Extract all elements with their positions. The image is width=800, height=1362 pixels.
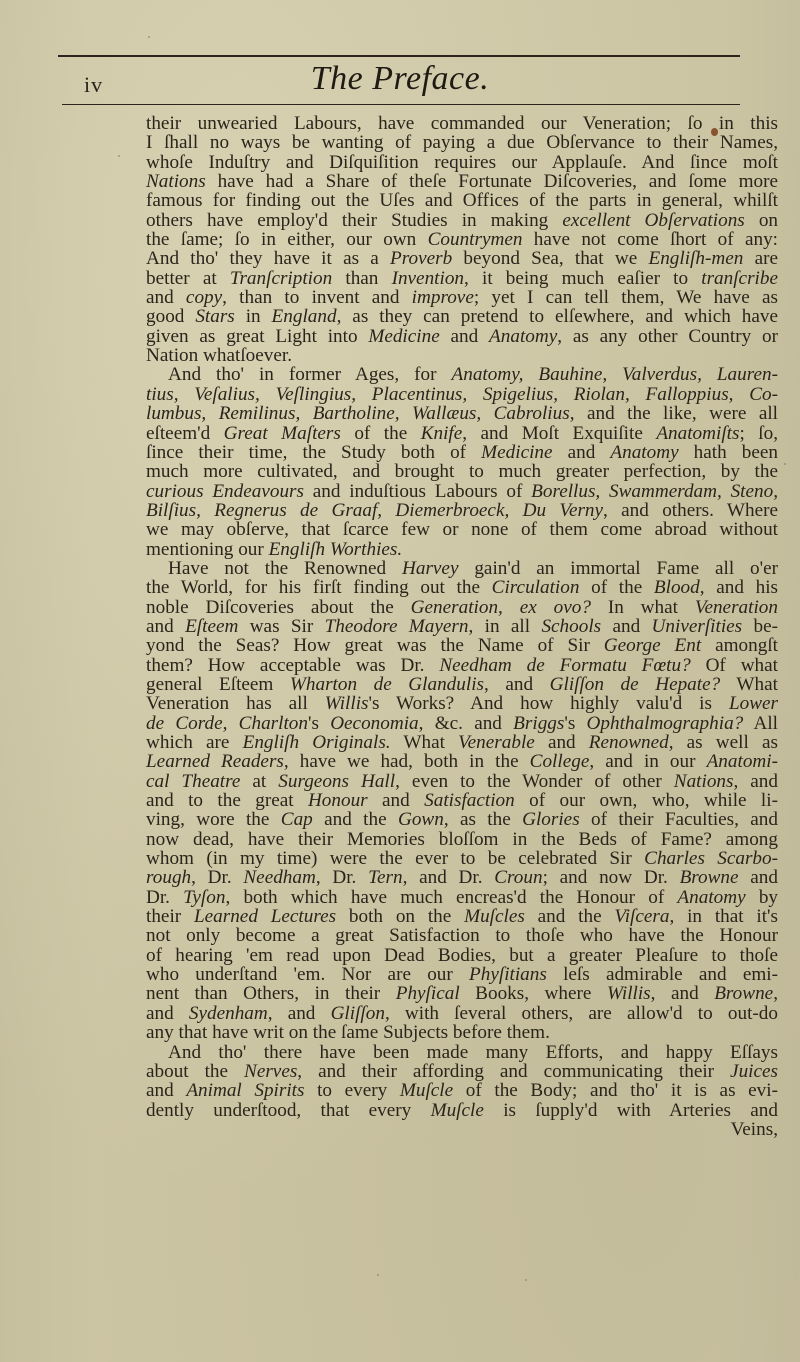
italic-segment: Tyſon [183,887,225,908]
text-line: Veneration has all Willis's Works? And h… [146,694,778,713]
text-line: And tho' there have been made many Effor… [146,1043,778,1062]
text-segment: by [746,887,778,908]
italic-segment: Stars [195,306,234,327]
text-segment: yond the Seas? How great was the Name of… [146,635,604,656]
text-line: of hearing 'em read upon Dead Bodies, bu… [146,946,778,965]
italic-segment: Anatomy, Bauhine, Valverdus, Lauren- [452,364,778,385]
italic-segment: Univerſities [652,616,743,637]
text-segment: of the [341,423,421,444]
italic-segment: Glories [522,809,580,830]
text-segment: , as the [444,809,522,830]
header-bottom-rule [62,104,740,105]
text-line: whoſe Induſtry and Diſquiſition requires… [146,153,778,172]
italic-segment: Engliſh-men [648,248,743,269]
italic-segment: Honour [308,790,368,811]
text-segment: , in that it's [669,906,778,927]
italic-segment: cal Theatre [146,771,240,792]
text-segment: , and [733,771,778,792]
text-segment: of our own, who, while li- [515,790,778,811]
italic-segment: Knife [421,423,463,444]
text-segment: to every [304,1080,399,1101]
text-line: we may obſerve, that ſcarce few or none … [146,520,778,539]
italic-segment: Generation, ex ovo? [411,597,591,618]
text-line: cal Theatre at Surgeons Hall, even to th… [146,772,778,791]
italic-segment: Borellus, Swammerdam, Steno, [531,481,778,502]
text-segment: And tho' in former Ages, for [168,364,452,385]
text-segment: What [391,732,458,753]
header-top-rule [58,55,740,57]
text-segment: , and others. Where [603,500,778,521]
text-line: general Eſteem Wharton de Glandulis, and… [146,675,778,694]
text-segment: on [745,210,778,231]
italic-segment: rough [146,867,191,888]
text-segment: What [720,674,778,695]
text-segment: Veneration has all [146,693,325,714]
italic-segment: Anatomi- [707,751,778,772]
text-segment: and the [313,809,398,830]
italic-segment: Briggs [513,713,564,734]
text-segment: others have employ'd their Studies in ma… [146,210,562,231]
italic-segment: tranſcribe [701,268,778,289]
text-segment: are [743,248,778,269]
text-segment: ; and now Dr. [543,867,680,888]
italic-segment: Medicine [481,442,552,463]
text-line: better at Tranſcription than Invention, … [146,269,778,288]
italic-segment: Wharton de Glandulis [290,674,484,695]
text-line: yond the Seas? How great was the Name of… [146,636,778,655]
italic-segment: College [530,751,590,772]
body-text: their unwearied Labours, have commanded … [146,114,778,1139]
text-segment: Of what [691,655,778,676]
text-segment: ; yet I can tell them, We have as [474,287,778,308]
italic-segment: Tern [368,867,403,888]
italic-segment: Oeconomia [330,713,418,734]
italic-segment: Anatomy [489,326,557,347]
text-segment: we may obſerve, that ſcarce few or none … [146,519,778,540]
text-line: good Stars in England, as they can prete… [146,307,778,326]
italic-segment: tius, Veſalius, Veſlingius, Placentinus,… [146,384,778,405]
text-line: the ſame; ſo in either, our own Countrym… [146,230,778,249]
text-line: Have not the Renowned Harvey gain'd an i… [146,559,778,578]
text-segment: of hearing 'em read upon Dead Bodies, bu… [146,945,778,966]
text-segment: , and [651,983,715,1004]
italic-segment: Cap [281,809,313,830]
text-segment: , as well as [669,732,778,753]
italic-segment: Nations [674,771,734,792]
text-line: noble Diſcoveries about the Generation, … [146,598,778,617]
text-line: Nation whatſoever. [146,346,778,365]
text-line: given as great Light into Medicine and A… [146,327,778,346]
text-segment: , and their affording and communicating … [297,1061,730,1082]
italic-segment: Venerable [458,732,535,753]
text-line: now dead, have their Memories bloſſom in… [146,830,778,849]
text-line: their unwearied Labours, have commanded … [146,114,778,133]
text-segment: , [773,983,778,1004]
text-segment: beyond Sea, that we [452,248,648,269]
italic-segment: Invention [392,268,464,289]
text-segment: the ſame; ſo in either, our own [146,229,428,250]
text-line: Bilſius, Regnerus de Graaf, Diemerbroeck… [146,501,778,520]
text-segment: not only become a great Satisfaction to … [146,925,778,946]
text-segment: And tho' they have it as a [146,248,390,269]
italic-segment: Surgeons Hall [278,771,395,792]
text-segment: All [743,713,778,734]
paper-speck [377,1274,379,1276]
text-segment: In what [591,597,695,618]
text-line: any that have writ on the ſame Subjects … [146,1023,778,1042]
italic-segment: Lower [729,693,778,714]
text-line: whom (in my time) were the ever to be ce… [146,849,778,868]
text-segment: and [601,616,651,637]
book-page: iv The Preface. their unwearied Labours,… [0,0,800,1362]
text-segment: mentioning our [146,539,269,560]
text-segment: was Sir [238,616,324,637]
italic-segment: improve [412,287,474,308]
text-line: which are Engliſh Originals. What Venera… [146,733,778,752]
text-line: others have employ'd their Studies in ma… [146,211,778,230]
text-segment: dently underſtood, that every [146,1100,431,1121]
text-line: the World, for his firſt finding out the… [146,578,778,597]
text-segment: who underſtand 'em. Nor are our [146,964,469,985]
italic-segment: Countrymen [428,229,523,250]
text-segment: amongſt [701,635,778,656]
text-segment: and [739,867,778,888]
italic-segment: Renowned [589,732,669,753]
italic-segment: Schools [541,616,601,637]
ink-stain [711,128,718,136]
italic-segment: Tranſcription [230,268,332,289]
text-line: Nations have had a Share of theſe Fortun… [146,172,778,191]
text-segment: Nation whatſoever. [146,345,292,366]
text-segment: , and Dr. [403,867,495,888]
text-line: much more cultivated, and brought to muc… [146,462,778,481]
text-segment: , even to the Wonder of other [395,771,674,792]
text-segment: their [146,906,194,927]
text-segment: , and Moſt Exquiſite [462,423,656,444]
text-segment: any that have writ on the ſame Subjects … [146,1022,550,1043]
text-segment: be- [742,616,778,637]
text-segment: gain'd an immortal Fame all o'er [458,558,778,579]
text-segment: much more cultivated, and brought to muc… [146,461,778,482]
italic-segment: Ophthalmographia? [587,713,744,734]
italic-segment: Sydenham [189,1003,268,1024]
text-segment: , &c. and [419,713,514,734]
text-segment: of their Faculties, and [580,809,778,830]
text-segment: them? How acceptable was Dr. [146,655,439,676]
text-segment: , as they can pretend to elſewhere, and … [337,306,778,327]
italic-segment: Muſcle [400,1080,453,1101]
text-segment: have not come ſhort of any: [522,229,778,250]
text-segment: , have we had, both in the [284,751,530,772]
italic-segment: Croun [494,867,542,888]
italic-segment: Nations [146,171,206,192]
italic-segment: Learned Readers [146,751,284,772]
text-line: Dr. Tyſon, both which have much encreas'… [146,888,778,907]
text-segment: whoſe Induſtry and Diſquiſition requires… [146,152,778,173]
text-segment: and the [525,906,615,927]
text-line: rough, Dr. Needham, Dr. Tern, and Dr. Cr… [146,868,778,887]
text-segment: and [535,732,589,753]
text-segment: , and [484,674,550,695]
italic-segment: Engliſh Originals. [243,732,391,753]
text-segment: and [146,1003,189,1024]
italic-segment: Muſcle [431,1100,484,1121]
text-segment: hath been [679,442,778,463]
text-segment: given as great Light into [146,326,368,347]
italic-segment: Phyſitians [469,964,547,985]
italic-segment: Proverb [390,248,452,269]
text-segment: which are [146,732,243,753]
italic-segment: Viſcera [614,906,669,927]
text-segment: is ſupply'd with Arteries and [484,1100,778,1121]
text-line: And tho' in former Ages, for Anatomy, Ba… [146,365,778,384]
text-line: ving, wore the Cap and the Gown, as the … [146,810,778,829]
text-segment: in [235,306,272,327]
text-segment: and [440,326,489,347]
text-segment: And tho' there have been made many Effor… [168,1042,778,1063]
text-segment: better at [146,268,230,289]
text-segment: have had a Share of theſe Fortunate Diſc… [206,171,778,192]
text-line: who underſtand 'em. Nor are our Phyſitia… [146,965,778,984]
text-segment: and [553,442,611,463]
text-segment: 's Works? And how highly valu'd is [369,693,729,714]
text-line: And tho' they have it as a Proverb beyon… [146,249,778,268]
italic-segment: Anatomy [610,442,678,463]
italic-segment: Gliſſon de Hepate? [550,674,721,695]
italic-segment: de Corde, Charlton [146,713,308,734]
text-segment: general Eſteem [146,674,290,695]
italic-segment: Animal Spirits [186,1080,304,1101]
italic-segment: copy [186,287,222,308]
text-segment: 's [308,713,330,734]
paper-speck [784,463,786,465]
italic-segment: Muſcles [464,906,525,927]
text-segment: and [368,790,424,811]
paper-speck [148,36,150,38]
text-line: de Corde, Charlton's Oeconomia, &c. and … [146,714,778,733]
italic-segment: Veneration [695,597,778,618]
italic-segment: Needham [243,867,315,888]
text-segment: , than to invent and [222,287,412,308]
paper-speck [118,155,120,157]
text-segment: leſs admirable and emi- [547,964,778,985]
catchword: Veins, [146,1120,778,1139]
text-segment: of the [579,577,653,598]
text-segment: and [146,287,186,308]
text-segment: ſince their time, the Study both of [146,442,481,463]
text-line: I ſhall no ways be wanting of paying a d… [146,133,778,152]
text-segment: , in all [468,616,541,637]
italic-segment: lumbus, Remilinus, Bartholine, Wallæus, … [146,403,570,424]
text-line: mentioning our Engliſh Worthies. [146,540,778,559]
text-line: dently underſtood, that every Muſcle is … [146,1101,778,1120]
text-segment: Books, where [460,983,607,1004]
text-segment: of the Body; and tho' it is as evi- [453,1080,778,1101]
italic-segment: Blood [654,577,700,598]
text-segment: , as any other Country or [557,326,778,347]
text-segment: the World, for his firſt finding out the [146,577,492,598]
text-segment: , with ſeveral others, are allow'd to ou… [385,1003,778,1024]
text-segment: good [146,306,195,327]
text-line: and Eſteem was Sir Theodore Mayern, in a… [146,617,778,636]
text-line: and to the great Honour and Satisfaction… [146,791,778,810]
text-line: and Sydenham, and Gliſſon, with ſeveral … [146,1004,778,1023]
italic-segment: Juices [730,1061,778,1082]
text-segment: , and [268,1003,331,1024]
italic-segment: Willis [607,983,651,1004]
text-segment: , both which have much encreas'd the Hon… [225,887,677,908]
text-line: and Animal Spirits to every Muſcle of th… [146,1081,778,1100]
text-segment: , and in our [589,751,706,772]
text-segment: both on the [336,906,464,927]
text-line: eſteem'd Great Maſters of the Knife, and… [146,424,778,443]
italic-segment: Anatomy [677,887,745,908]
italic-segment: Charles Scarbo- [644,848,778,869]
text-line: nent than Others, in their Phyſical Book… [146,984,778,1003]
text-line: and copy, than to invent and improve; ye… [146,288,778,307]
italic-segment: Circulation [492,577,580,598]
text-segment: , Dr. [191,867,243,888]
text-segment: , it being much eaſier to [464,268,701,289]
text-segment: and induſtious Labours of [304,481,531,502]
italic-segment: Harvey [402,558,458,579]
text-segment: famous for finding out the Uſes and Offi… [146,190,778,211]
text-segment: and [146,616,185,637]
text-segment: 's [564,713,586,734]
text-segment: nent than Others, in their [146,983,396,1004]
text-line: not only become a great Satisfaction to … [146,926,778,945]
text-line: them? How acceptable was Dr. Needham de … [146,656,778,675]
text-segment: whom (in my time) were the ever to be ce… [146,848,644,869]
text-line: curious Endeavours and induſtious Labour… [146,482,778,501]
text-segment: , Dr. [316,867,368,888]
text-line: their Learned Lectures both on the Muſcl… [146,907,778,926]
text-line: tius, Veſalius, Veſlingius, Placentinus,… [146,385,778,404]
italic-segment: Medicine [368,326,439,347]
italic-segment: Anatomiſts [656,423,739,444]
italic-segment: George Ent [604,635,701,656]
italic-segment: Learned Lectures [194,906,336,927]
text-segment: , and his [700,577,778,598]
italic-segment: Satisfaction [424,790,515,811]
text-segment: ; ſo, [739,423,778,444]
text-segment: and [146,1080,186,1101]
italic-segment: Nerves [244,1061,297,1082]
italic-segment: Browne [680,867,739,888]
text-segment: about the [146,1061,244,1082]
text-line: lumbus, Remilinus, Bartholine, Wallæus, … [146,404,778,423]
text-segment: and to the great [146,790,308,811]
text-segment: Have not the Renowned [168,558,402,579]
italic-segment: Great Maſters [224,423,341,444]
text-segment: Dr. [146,887,183,908]
italic-segment: Gown [398,809,444,830]
paper-speck [525,1279,527,1281]
text-line: famous for finding out the Uſes and Offi… [146,191,778,210]
italic-segment: excellent Obſervations [562,210,744,231]
text-segment: their unwearied Labours, have commanded … [146,113,778,134]
italic-segment: curious Endeavours [146,481,304,502]
text-segment: I ſhall no ways be wanting of paying a d… [146,132,778,153]
italic-segment: Phyſical [396,983,460,1004]
italic-segment: Eſteem [185,616,238,637]
text-segment: now dead, have their Memories bloſſom in… [146,829,778,850]
text-segment: at [240,771,278,792]
text-segment: ving, wore the [146,809,281,830]
text-segment: than [332,268,391,289]
italic-segment: Theodore Mayern [325,616,469,637]
italic-segment: Willis [325,693,369,714]
italic-segment: Needham de Formatu Fœtu? [439,655,690,676]
text-segment: eſteem'd [146,423,224,444]
italic-segment: Gliſſon [331,1003,385,1024]
italic-segment: Bilſius, Regnerus de Graaf, Diemerbroeck… [146,500,603,521]
text-line: about the Nerves, and their affording an… [146,1062,778,1081]
running-title: The Preface. [0,60,800,98]
text-line: Learned Readers, have we had, both in th… [146,752,778,771]
text-segment: , and the like, were all [570,403,778,424]
text-segment: noble Diſcoveries about the [146,597,411,618]
italic-segment: England [272,306,337,327]
italic-segment: Browne [714,983,773,1004]
italic-segment: Engliſh Worthies. [269,539,403,560]
text-line: ſince their time, the Study both of Medi… [146,443,778,462]
